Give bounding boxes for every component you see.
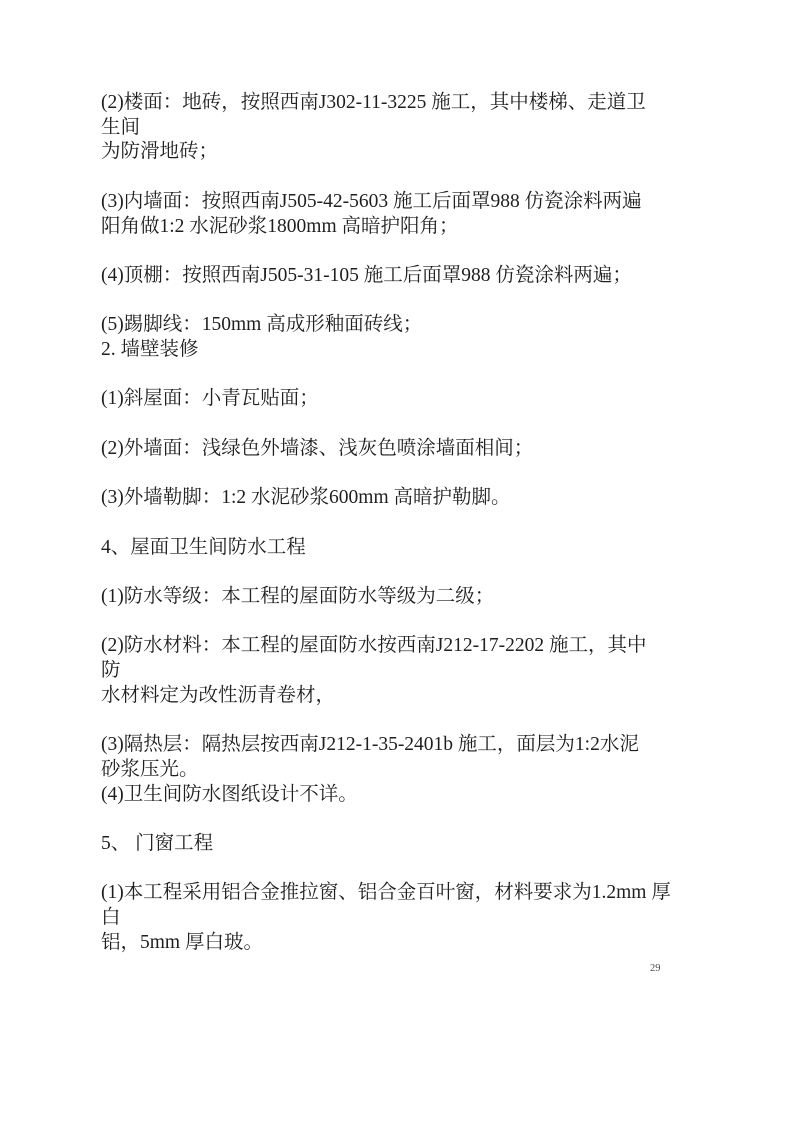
text-line: 砂浆压光。 <box>101 758 701 783</box>
text-line: (5)踢脚线：150mm 高成形釉面砖线； <box>101 313 701 338</box>
text-line: (1)防水等级：本工程的屋面防水等级为二级； <box>101 585 701 610</box>
text-line: (1)斜屋面：小青瓦贴面； <box>101 387 701 412</box>
section-heading-wall-decoration: 2. 墙壁装修 <box>101 338 701 363</box>
text-line: 阳角做1:2 水泥砂浆1800mm 高暗护阳角； <box>101 215 701 240</box>
text-line: (2)外墙面：浅绿色外墙漆、浅灰色喷涂墙面相间； <box>101 437 701 462</box>
paragraph-wall-plinth: (3)外墙勒脚：1:2 水泥砂浆600mm 高暗护勒脚。 <box>101 486 701 511</box>
text-line: (1)本工程采用铝合金推拉窗、铝合金百叶窗，材料要求为1.2mm 厚 <box>101 881 701 906</box>
text-line: 水材料定为改性沥青卷材， <box>101 684 701 709</box>
paragraph-waterproofing-heading: 4、屋面卫生间防水工程 <box>101 536 701 561</box>
paragraph-aluminum-windows: (1)本工程采用铝合金推拉窗、铝合金百叶窗，材料要求为1.2mm 厚 白 铝，5… <box>101 881 701 955</box>
document-content: (2)楼面：地砖，按照西南J302-11-3225 施工，其中楼梯、走道卫 生间… <box>101 91 701 955</box>
paragraph-insulation-layer: (3)隔热层：隔热层按西南J212-1-35-2401b 施工，面层为1:2水泥… <box>101 733 701 807</box>
text-line: (4)顶棚：按照西南J505-31-105 施工后面罩988 仿瓷涂料两遍； <box>101 264 701 289</box>
page-number: 29 <box>650 962 661 976</box>
text-line: 为防滑地砖； <box>101 140 701 165</box>
paragraph-sloped-roof: (1)斜屋面：小青瓦贴面； <box>101 387 701 412</box>
paragraph-interior-wall: (3)内墙面：按照西南J505-42-5603 施工后面罩988 仿瓷涂料两遍 … <box>101 190 701 239</box>
text-line: 白 <box>101 906 701 931</box>
paragraph-waterproof-grade: (1)防水等级：本工程的屋面防水等级为二级； <box>101 585 701 610</box>
document-page: (2)楼面：地砖，按照西南J302-11-3225 施工，其中楼梯、走道卫 生间… <box>0 0 794 1122</box>
text-line: (3)隔热层：隔热层按西南J212-1-35-2401b 施工，面层为1:2水泥 <box>101 733 701 758</box>
section-heading-doors-windows: 5、 门窗工程 <box>101 832 701 857</box>
text-line: (4)卫生间防水图纸设计不详。 <box>101 783 701 808</box>
text-line: (3)内墙面：按照西南J505-42-5603 施工后面罩988 仿瓷涂料两遍 <box>101 190 701 215</box>
paragraph-waterproof-material: (2)防水材料：本工程的屋面防水按西南J212-17-2202 施工，其中 防 … <box>101 634 701 708</box>
text-line: 防 <box>101 659 701 684</box>
text-line: 生间 <box>101 116 701 141</box>
paragraph-floor-tiles: (2)楼面：地砖，按照西南J302-11-3225 施工，其中楼梯、走道卫 生间… <box>101 91 701 165</box>
section-heading-waterproofing: 4、屋面卫生间防水工程 <box>101 536 701 561</box>
text-line: (2)防水材料：本工程的屋面防水按西南J212-17-2202 施工，其中 <box>101 634 701 659</box>
paragraph-skirting: (5)踢脚线：150mm 高成形釉面砖线； 2. 墙壁装修 <box>101 313 701 362</box>
paragraph-ceiling: (4)顶棚：按照西南J505-31-105 施工后面罩988 仿瓷涂料两遍； <box>101 264 701 289</box>
text-line: (2)楼面：地砖，按照西南J302-11-3225 施工，其中楼梯、走道卫 <box>101 91 701 116</box>
paragraph-doors-windows-heading: 5、 门窗工程 <box>101 832 701 857</box>
text-line: 铝，5mm 厚白玻。 <box>101 931 701 956</box>
text-line: (3)外墙勒脚：1:2 水泥砂浆600mm 高暗护勒脚。 <box>101 486 701 511</box>
paragraph-exterior-wall: (2)外墙面：浅绿色外墙漆、浅灰色喷涂墙面相间； <box>101 437 701 462</box>
